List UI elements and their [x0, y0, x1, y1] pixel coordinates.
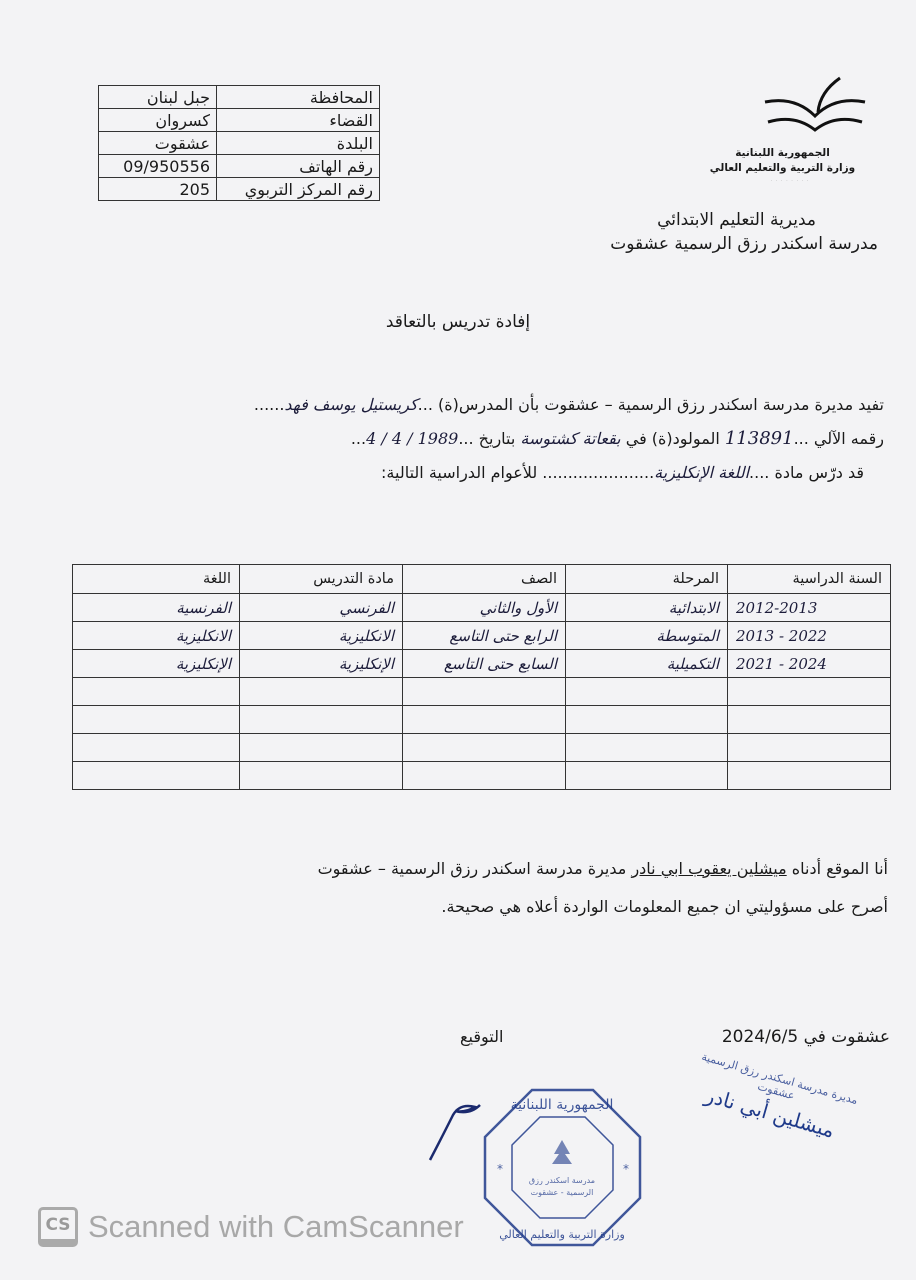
director-stamp: مديرة مدرسة اسكندر رزق الرسمية عشقوت ميش… — [648, 1043, 883, 1216]
cell-empty — [403, 678, 566, 706]
cell-empty — [240, 734, 403, 762]
cell-stage: الابتدائية — [566, 594, 728, 622]
school-name: مدرسة اسكندر رزق الرسمية عشقوت — [610, 232, 878, 256]
cell-subject: الإنكليزية — [240, 650, 403, 678]
svg-text:*: * — [623, 1162, 629, 1176]
col-header-class: الصف — [403, 565, 566, 594]
info-value: عشقوت — [99, 132, 217, 155]
body-text: ... — [351, 429, 366, 448]
cell-empty — [403, 706, 566, 734]
birth-date: 4 / 4 / 1989 — [366, 429, 458, 448]
declaration: أنا الموقع أدناه ميشلين يعقوب ابي نادر م… — [188, 850, 888, 926]
cell-empty — [728, 734, 891, 762]
cell-language: الفرنسية — [73, 594, 240, 622]
table-row-empty — [73, 734, 891, 762]
declaration-text: أنا الموقع أدناه — [787, 859, 888, 878]
info-value: 205 — [99, 178, 217, 201]
cell-class: الرابع حتى التاسع — [403, 622, 566, 650]
school-info-table: المحافظة جبل لبنان القضاء كسروان البلدة … — [98, 85, 380, 201]
svg-text:وزارة التربية والتعليم العالي: وزارة التربية والتعليم العالي — [499, 1228, 625, 1241]
cell-stage: التكميلية — [566, 650, 728, 678]
info-row-district: القضاء كسروان — [99, 109, 380, 132]
info-label: المحافظة — [217, 86, 380, 109]
declaration-line-1: أنا الموقع أدناه ميشلين يعقوب ابي نادر م… — [188, 850, 888, 888]
table-row-empty — [73, 678, 891, 706]
col-header-stage: المرحلة — [566, 565, 728, 594]
body-text: ...................... للأعوام الدراسية … — [381, 463, 654, 482]
body-line-1: تفيد مديرة مدرسة اسكندر رزق الرسمية – عش… — [54, 388, 884, 422]
cell-language: الإنكليزية — [73, 650, 240, 678]
cell-subject: الانكليزية — [240, 622, 403, 650]
body-text: بتاريخ ... — [458, 429, 520, 448]
certificate-body: تفيد مديرة مدرسة اسكندر رزق الرسمية – عش… — [54, 388, 884, 490]
cell-empty — [566, 678, 728, 706]
body-line-3: قد درّس مادة ....اللغة الإنكليزية.......… — [54, 456, 884, 490]
cell-empty — [73, 706, 240, 734]
logo-caption: · · · · · · · · — [730, 178, 850, 184]
cell-empty — [73, 678, 240, 706]
cell-empty — [728, 762, 891, 790]
table-header-row: السنة الدراسية المرحلة الصف مادة التدريس… — [73, 565, 891, 594]
cell-year: 2012-2013 — [728, 594, 891, 622]
ministry-name: الجمهورية اللبنانية وزارة التربية والتعل… — [690, 146, 875, 176]
declaration-line-2: أصرح على مسؤوليتي ان جميع المعلومات الوا… — [188, 888, 888, 926]
cell-empty — [728, 678, 891, 706]
signer-name: ميشلين يعقوب ابي نادر — [631, 859, 786, 878]
table-row-empty — [73, 762, 891, 790]
cell-language: الانكليزية — [73, 622, 240, 650]
info-row-center-number: رقم المركز التربوي 205 — [99, 178, 380, 201]
table-row: 2013 - 2022 المتوسطة الرابع حتى التاسع ا… — [73, 622, 891, 650]
body-line-2: رقمه الآلي ...113891 المولود(ة) في بقعات… — [54, 422, 884, 456]
col-header-language: اللغة — [73, 565, 240, 594]
info-label: رقم المركز التربوي — [217, 178, 380, 201]
subject-taught: اللغة الإنكليزية — [654, 463, 749, 482]
info-label: البلدة — [217, 132, 380, 155]
signature-icon — [425, 1085, 485, 1165]
table-row: 2012-2013 الابتدائية الأول والثاني الفرن… — [73, 594, 891, 622]
cell-empty — [566, 706, 728, 734]
official-stamp-icon: الجمهورية اللبنانية وزارة التربية والتعل… — [480, 1085, 645, 1250]
document-title: إفادة تدريس بالتعاقد — [0, 312, 916, 332]
info-value: كسروان — [99, 109, 217, 132]
logo-line-ministry: وزارة التربية والتعليم العالي — [690, 161, 875, 176]
ministry-logo-icon — [760, 74, 870, 144]
info-label: رقم الهاتف — [217, 155, 380, 178]
directorate-name: مديرية التعليم الابتدائي — [610, 208, 878, 232]
cell-empty — [240, 706, 403, 734]
svg-text:*: * — [497, 1162, 503, 1176]
cell-empty — [403, 734, 566, 762]
info-value: 09/950556 — [99, 155, 217, 178]
cell-empty — [240, 762, 403, 790]
cell-empty — [566, 734, 728, 762]
cell-year: 2013 - 2022 — [728, 622, 891, 650]
teacher-name: كريستيل يوسف فهد — [284, 395, 417, 414]
col-header-subject: مادة التدريس — [240, 565, 403, 594]
cell-class: الأول والثاني — [403, 594, 566, 622]
cell-year: 2021 - 2024 — [728, 650, 891, 678]
svg-text:الجمهورية اللبنانية: الجمهورية اللبنانية — [511, 1097, 614, 1113]
cell-subject: الفرنسي — [240, 594, 403, 622]
cell-empty — [403, 762, 566, 790]
info-row-phone: رقم الهاتف 09/950556 — [99, 155, 380, 178]
teaching-years-table: السنة الدراسية المرحلة الصف مادة التدريس… — [72, 564, 891, 790]
svg-text:مدرسة اسكندر رزق: مدرسة اسكندر رزق — [529, 1176, 595, 1185]
info-row-town: البلدة عشقوت — [99, 132, 380, 155]
body-text: تفيد مديرة مدرسة اسكندر رزق الرسمية – عش… — [418, 395, 884, 414]
camscanner-text: Scanned with CamScanner — [88, 1209, 464, 1245]
logo-line-republic: الجمهورية اللبنانية — [690, 146, 875, 161]
cell-empty — [73, 762, 240, 790]
declaration-text: مديرة مدرسة اسكندر رزق الرسمية – عشقوت — [318, 859, 632, 878]
cell-empty — [566, 762, 728, 790]
info-row-governorate: المحافظة جبل لبنان — [99, 86, 380, 109]
col-header-year: السنة الدراسية — [728, 565, 891, 594]
body-text: المولود(ة) في — [621, 429, 725, 448]
camscanner-logo-icon: CS — [38, 1207, 78, 1247]
cell-empty — [240, 678, 403, 706]
info-value: جبل لبنان — [99, 86, 217, 109]
cell-empty — [728, 706, 891, 734]
table-row: 2021 - 2024 التكميلية السابع حتى التاسع … — [73, 650, 891, 678]
signature-label: التوقيع — [460, 1027, 503, 1046]
table-row-empty — [73, 706, 891, 734]
cell-class: السابع حتى التاسع — [403, 650, 566, 678]
employee-number: 113891 — [725, 428, 794, 449]
birth-place: بقعاتة كشتوسة — [520, 429, 620, 448]
info-label: القضاء — [217, 109, 380, 132]
svg-text:الرسمية - عشقوت: الرسمية - عشقوت — [531, 1188, 594, 1197]
cell-stage: المتوسطة — [566, 622, 728, 650]
body-text: قد درّس مادة .... — [749, 463, 864, 482]
issue-date: عشقوت في 2024/6/5 — [722, 1027, 890, 1047]
document-header: مديرية التعليم الابتدائي مدرسة اسكندر رز… — [610, 208, 878, 256]
body-text: ...... — [254, 395, 285, 414]
body-text: رقمه الآلي ... — [794, 429, 884, 448]
cell-empty — [73, 734, 240, 762]
camscanner-watermark: CS Scanned with CamScanner — [38, 1205, 464, 1249]
